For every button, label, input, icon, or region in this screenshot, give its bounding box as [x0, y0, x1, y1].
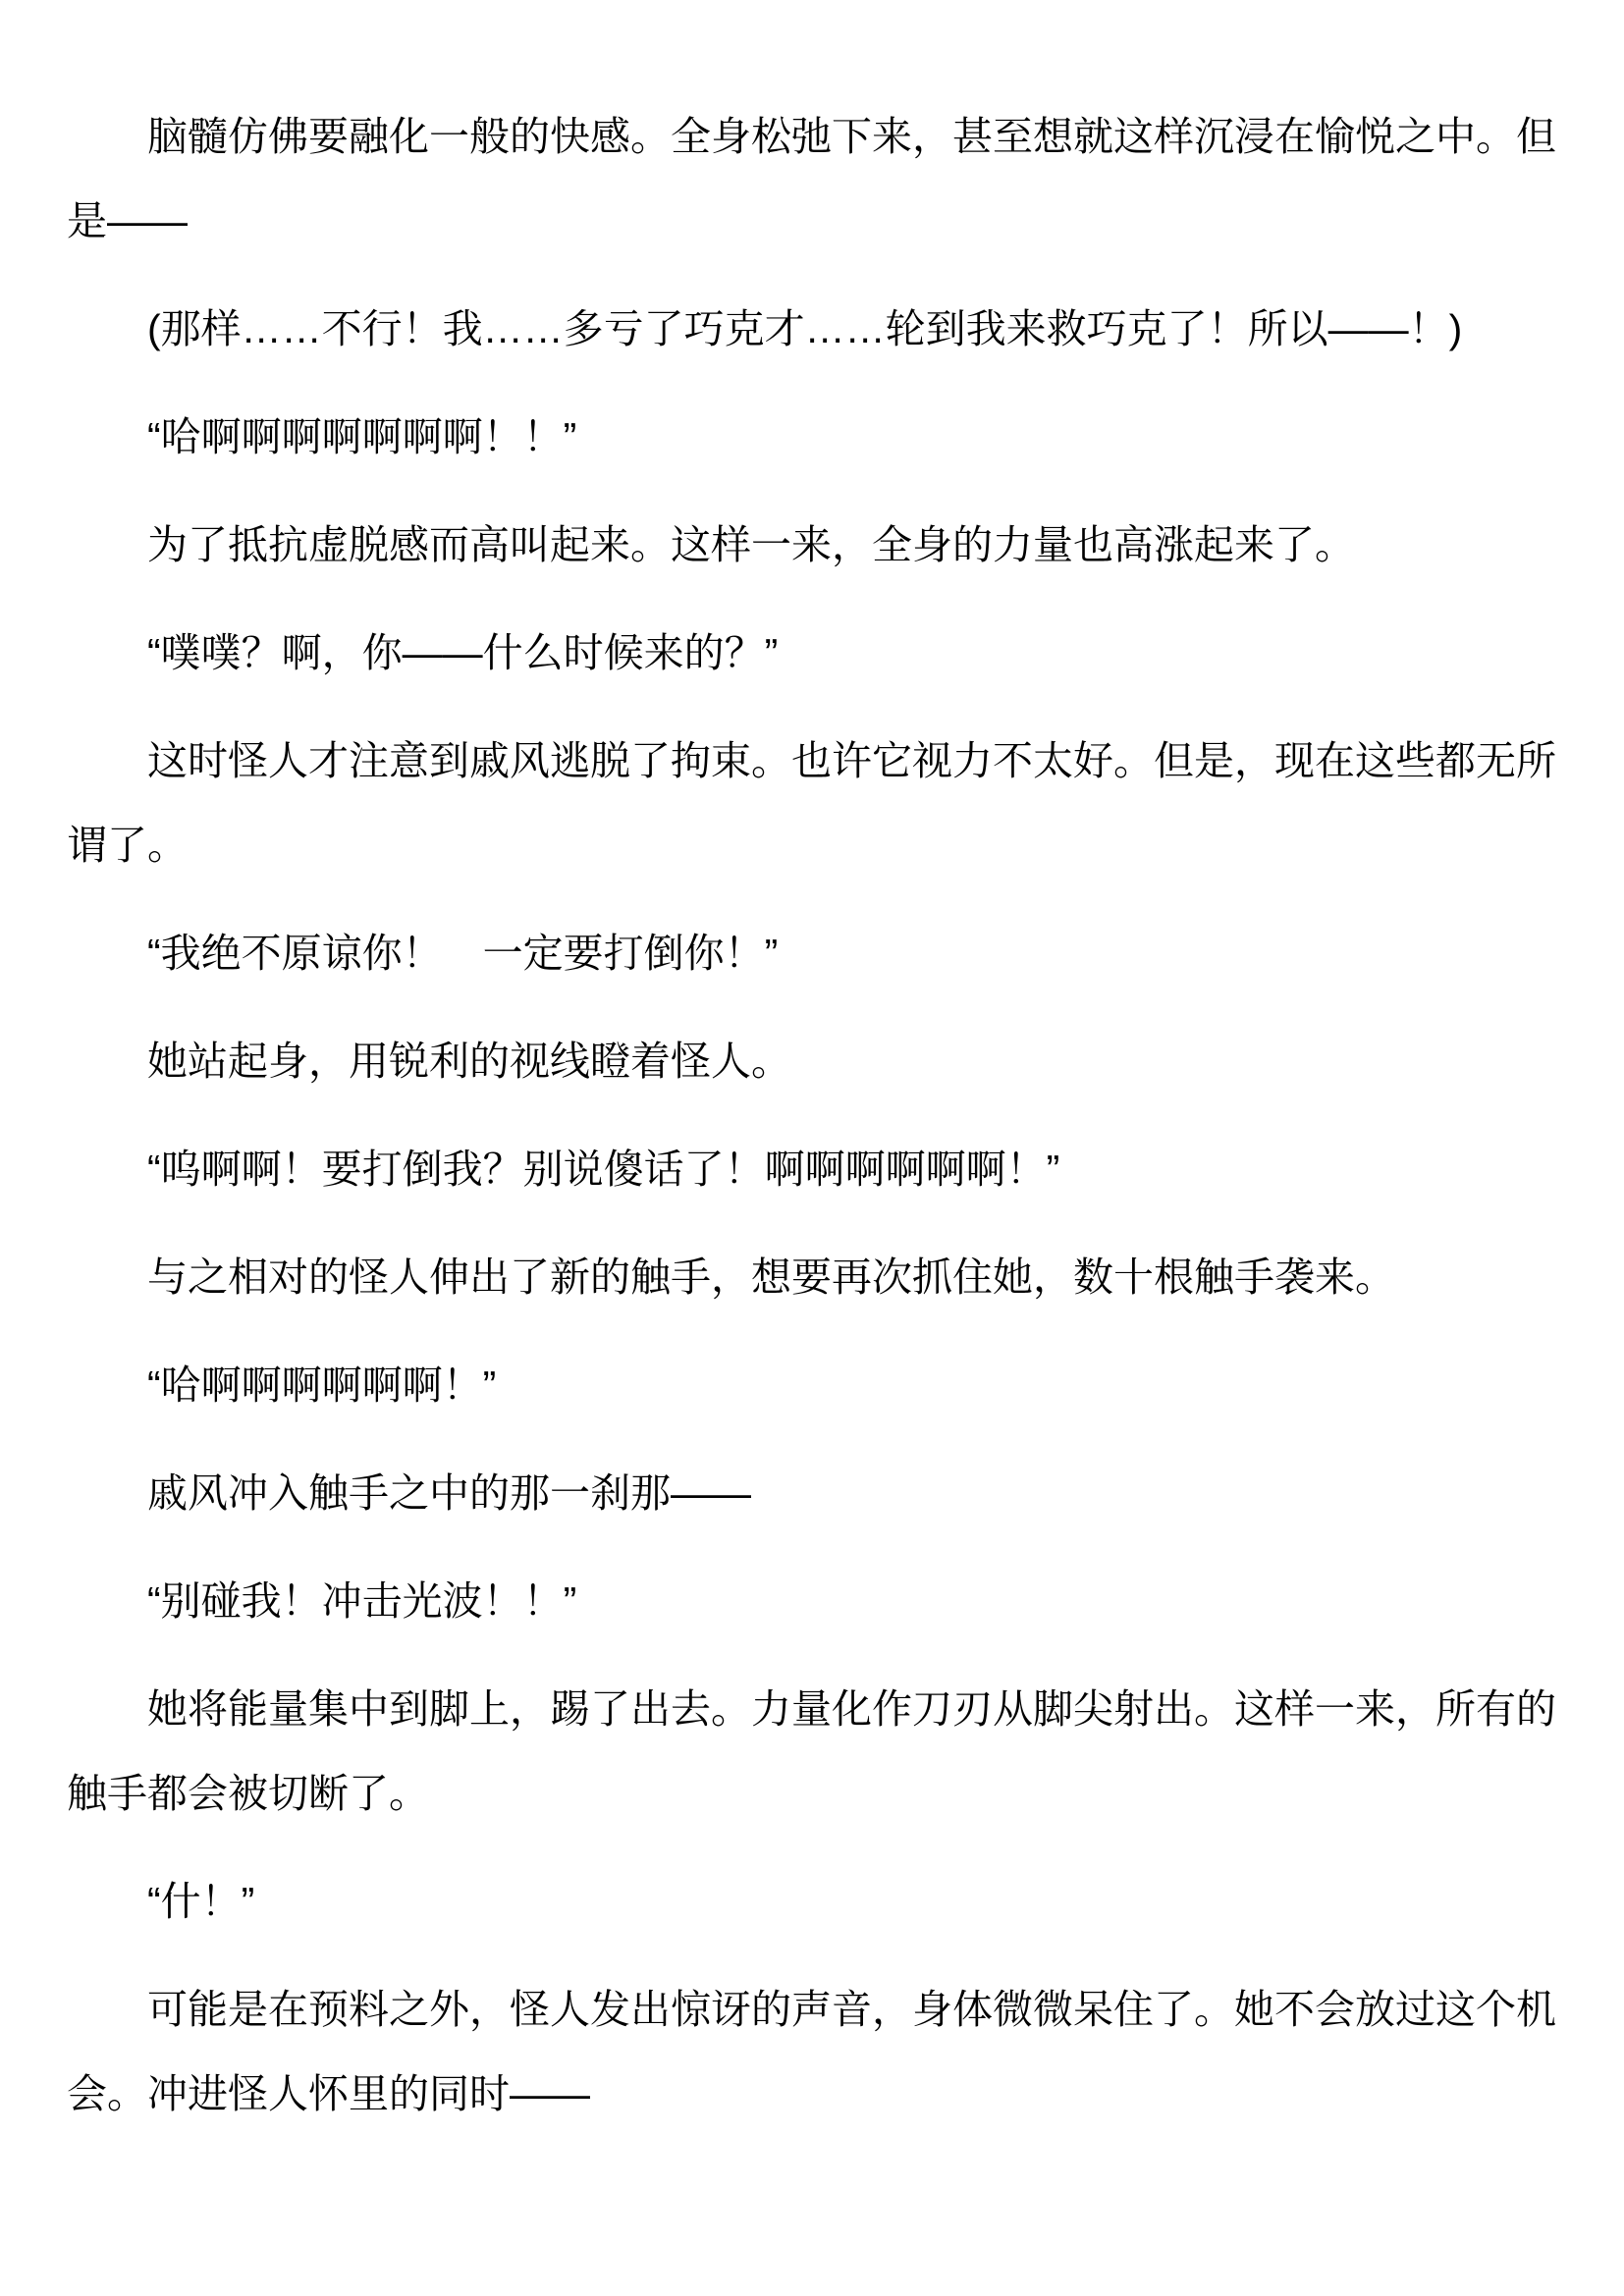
paragraph: 戚风冲入触手之中的那一刹那—— [67, 1451, 1556, 1535]
paragraph: 这时怪人才注意到戚风逃脱了拘束。也许它视力不太好。但是，现在这些都无所谓了。 [67, 719, 1556, 887]
paragraph: “我绝不原谅你！ 一定要打倒你！” [67, 911, 1556, 995]
paragraph: 她站起身，用锐利的视线瞪着怪人。 [67, 1019, 1556, 1103]
paragraph: 可能是在预料之外，怪人发出惊讶的声音，身体微微呆住了。她不会放过这个机会。冲进怪… [67, 1967, 1556, 2136]
paragraph: “什！” [67, 1859, 1556, 1944]
paragraph: “别碰我！冲击光波！！” [67, 1559, 1556, 1643]
paragraph: “呜啊啊！要打倒我？别说傻话了！啊啊啊啊啊啊！” [67, 1127, 1556, 1211]
document-page: 脑髓仿佛要融化一般的快感。全身松弛下来，甚至想就这样沉浸在愉悦之中。但是—— (… [0, 0, 1624, 2296]
paragraph: 与之相对的怪人伸出了新的触手，想要再次抓住她，数十根触手袭来。 [67, 1235, 1556, 1319]
paragraph: “哈啊啊啊啊啊啊！” [67, 1343, 1556, 1427]
paragraph: (那样……不行！我……多亏了巧克才……轮到我来救巧克了！所以——！) [67, 287, 1556, 371]
paragraph: 为了抵抗虚脱感而高叫起来。这样一来，全身的力量也高涨起来了。 [67, 503, 1556, 587]
paragraph: 脑髓仿佛要融化一般的快感。全身松弛下来，甚至想就这样沉浸在愉悦之中。但是—— [67, 94, 1556, 263]
paragraph: “哈啊啊啊啊啊啊啊！！” [67, 395, 1556, 479]
novel-text-body: 脑髓仿佛要融化一般的快感。全身松弛下来，甚至想就这样沉浸在愉悦之中。但是—— (… [67, 94, 1556, 2136]
paragraph: “噗噗？啊，你——什么时候来的？” [67, 611, 1556, 695]
paragraph: 她将能量集中到脚上，踢了出去。力量化作刀刃从脚尖射出。这样一来，所有的触手都会被… [67, 1667, 1556, 1836]
